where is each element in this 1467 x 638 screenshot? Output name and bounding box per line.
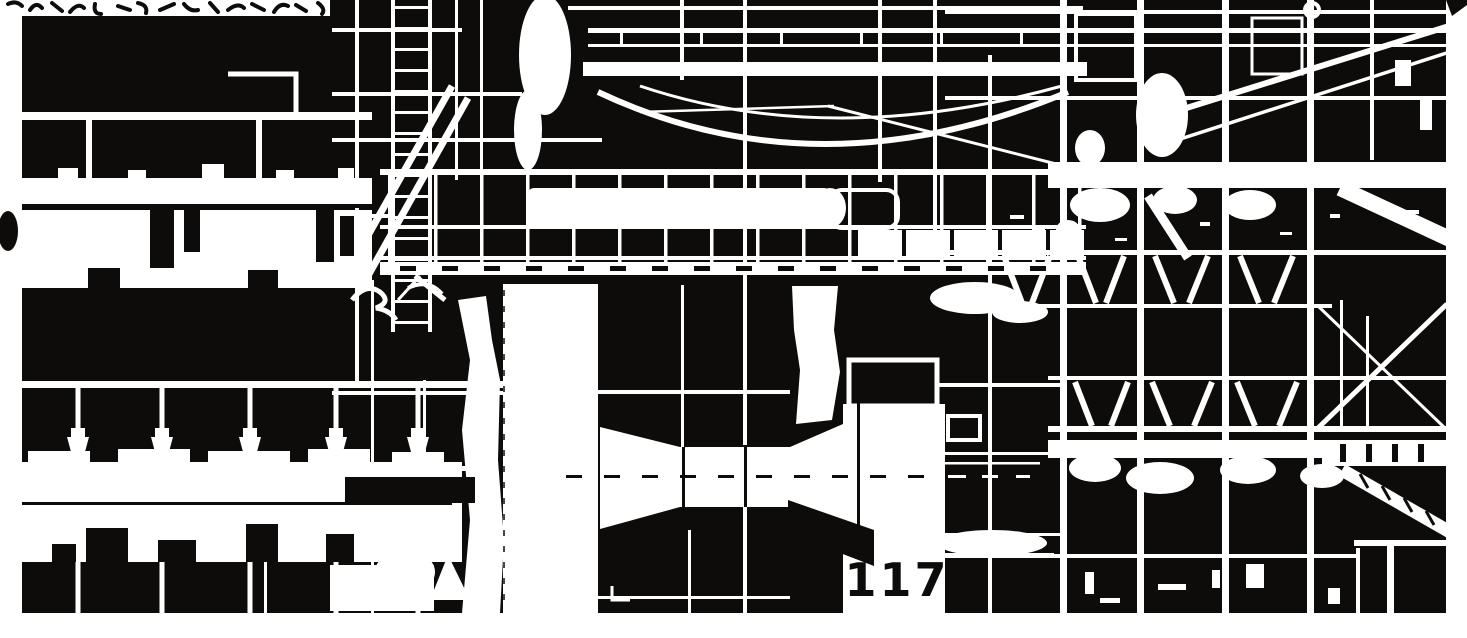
photo-page: 117: [0, 0, 1467, 638]
left-pillar: [503, 284, 598, 613]
large-pipe: [528, 188, 830, 229]
thick-walkway-band: [1048, 162, 1447, 188]
unit-number-label: 117: [844, 553, 949, 607]
industrial-plant-photo: 117: [0, 0, 1467, 638]
